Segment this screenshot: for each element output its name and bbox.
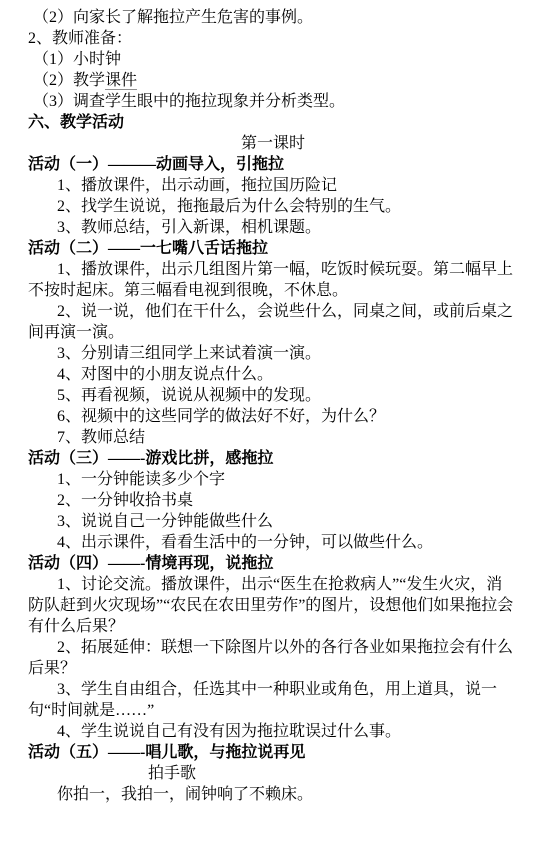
text-line: 3、教师总结，引入新课，相机课题。 <box>28 217 518 238</box>
text-line: 6、视频中的这些同学的做法好不好，为什么？ <box>28 406 518 427</box>
text-line: 1、一分钟能读多少个字 <box>28 469 518 490</box>
text-line: 4、对图中的小朋友说点什么。 <box>28 364 518 385</box>
text-line: 3、说说自己一分钟能做些什么 <box>28 511 518 532</box>
text-line: 拍手歌 <box>28 763 518 784</box>
text-line: 2、找学生说说，拖拖最后为什么会特别的生气。 <box>28 196 518 217</box>
document-text: （2）向家长了解拖拉产生危害的事例。2、教师准备：（1）小时钟（2）教学课件（3… <box>28 7 518 805</box>
text-line: （2）教学课件 <box>28 70 518 91</box>
section-heading: 活动（五）——-唱儿歌，与拖拉说再见 <box>28 742 518 763</box>
section-heading: 活动（四）——-情境再现，说拖拉 <box>28 553 518 574</box>
text-line: 4、出示课件，看看生活中的一分钟，可以做些什么。 <box>28 532 518 553</box>
text-line: （3）调查学生眼中的拖拉现象并分析类型。 <box>28 91 518 112</box>
text-line: 2、教师准备： <box>28 28 518 49</box>
text-line: 2、说一说，他们在干什么，会说些什么，同桌之间，或前后桌之间再演一演。 <box>28 301 518 343</box>
text-line: 7、教师总结 <box>28 427 518 448</box>
text-segment: （2）教学 <box>33 72 105 89</box>
text-line: 1、讨论交流。播放课件，出示“医生在抢救病人”“发生火灾，消防队赶到火灾现场”“… <box>28 574 518 637</box>
hyperlink-text[interactable]: 课件 <box>105 72 137 90</box>
text-line: 5、再看视频，说说从视频中的发现。 <box>28 385 518 406</box>
text-line: 2、拓展延伸：联想一下除图片以外的各行各业如果拖拉会有什么后果？ <box>28 637 518 679</box>
section-heading: 六、教学活动 <box>28 112 518 133</box>
text-line: 1、播放课件，出示几组图片第一幅，吃饭时候玩耍。第二幅早上不按时起床。第三幅看电… <box>28 259 518 301</box>
text-line: 2、一分钟收拾书桌 <box>28 490 518 511</box>
section-heading: 活动（一）———动画导入，引拖拉 <box>28 154 518 175</box>
text-line: 你拍一，我拍一，闹钟响了不赖床。 <box>28 784 518 805</box>
text-line: 第一课时 <box>28 133 518 154</box>
text-line: （2）向家长了解拖拉产生危害的事例。 <box>28 7 518 28</box>
text-line: （1）小时钟 <box>28 49 518 70</box>
text-line: 3、学生自由组合，任选其中一种职业或角色，用上道具，说一句“时间就是……” <box>28 679 518 721</box>
text-line: 3、分别请三组同学上来试着演一演。 <box>28 343 518 364</box>
text-line: 1、播放课件，出示动画，拖拉国历险记 <box>28 175 518 196</box>
section-heading: 活动（三）——-游戏比拼，感拖拉 <box>28 448 518 469</box>
text-line: 4、学生说说自己有没有因为拖拉耽误过什么事。 <box>28 721 518 742</box>
lesson-plan-document: （2）向家长了解拖拉产生危害的事例。2、教师准备：（1）小时钟（2）教学课件（3… <box>0 0 544 855</box>
section-heading: 活动（二）——一七嘴八舌话拖拉 <box>28 238 518 259</box>
